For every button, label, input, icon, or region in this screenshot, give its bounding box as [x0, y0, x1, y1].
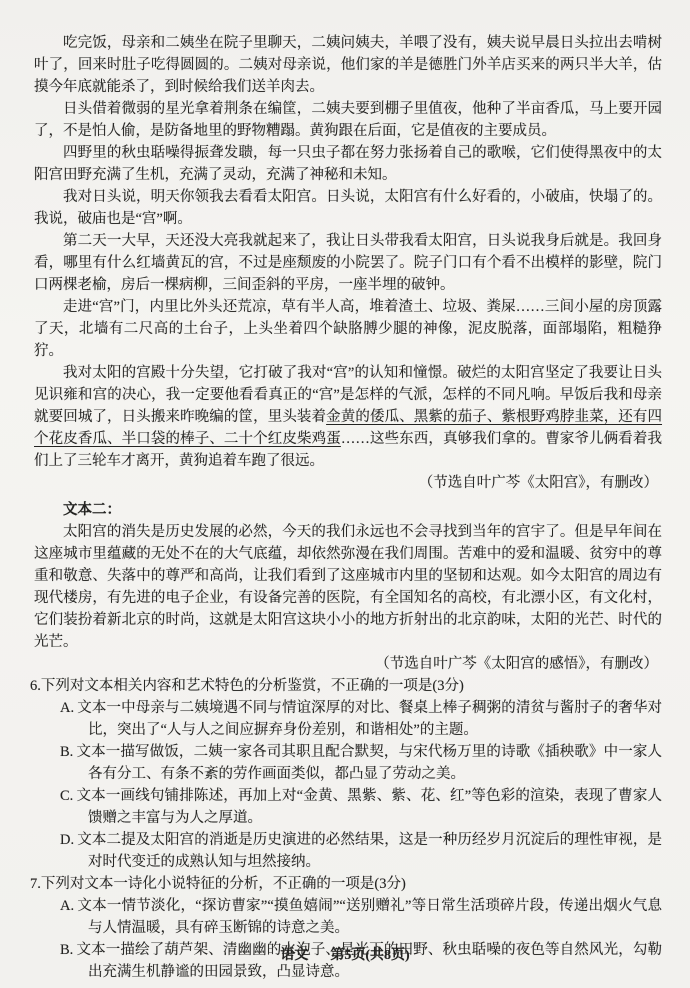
question-6-option-d: D.文本二提及太阳宫的消逝是历史演进的必然结果，这是一种历经岁月沉淀后的理性审视… [60, 829, 662, 873]
question-6-option-a: A.文本一中母亲与二姨境遇不同与情谊深厚的对比、餐桌上棒子稠粥的清贫与酱肘子的奢… [60, 697, 662, 741]
question-7-stem: 7.下列对文本一诗化小说特征的分析，不正确的一项是(3分) [30, 873, 662, 895]
page-content: 吃完饭，母亲和二姨坐在院子里聊天，二姨问姨夫，羊喂了没有，姨夫说早晨日头拉出去啃… [34, 32, 662, 983]
option-label: C. [60, 788, 76, 804]
passage-one-paragraph: 走进“宫”门，内里比外头还荒凉，草有半人高，堆着渣土、垃圾、粪屎……三间小屋的房… [34, 296, 662, 362]
option-text: 文本一中母亲与二姨境遇不同与情谊深厚的对比、餐桌上棒子稠粥的清贫与酱肘子的奢华对… [77, 700, 662, 738]
passage-one-paragraph: 日头借着微弱的星光拿着荆条在编筐，二姨夫要到棚子里值夜，他种了半亩香瓜，马上要开… [34, 98, 662, 142]
passage-one-paragraph: 四野里的秋虫聒噪得振聋发聩，每一只虫子都在努力张扬着自己的歌喉，它们使得黑夜中的… [34, 142, 662, 186]
footer-subject: 语文 [280, 948, 308, 963]
passage-two-source-attribution: （节选自叶广芩《太阳宫的感悟》，有删改） [34, 653, 662, 675]
question-6: 6.下列对文本相关内容和艺术特色的分析鉴赏，不正确的一项是(3分) A.文本一中… [34, 675, 662, 873]
exam-page: 吃完饭，母亲和二姨坐在院子里聊天，二姨问姨夫，羊喂了没有，姨夫说早晨日头拉出去啃… [0, 0, 690, 988]
question-6-option-c: C.文本一画线句铺排陈述，再加上对“金黄、黑紫、紫、花、红”等色彩的渲染，表现了… [60, 785, 662, 829]
passage-one-source-attribution: （节选自叶广芩《太阳宫》，有删改） [34, 472, 662, 494]
passage-two-label: 文本二： [34, 499, 662, 521]
question-number: 6. [30, 678, 41, 694]
footer-page-info: 第5页(共8页) [330, 948, 409, 963]
option-text: 文本二提及太阳宫的消逝是历史演进的必然结果，这是一种历经岁月沉淀后的理性审视，是… [77, 832, 662, 870]
option-text: 文本一画线句铺排陈述，再加上对“金黄、黑紫、紫、花、红”等色彩的渲染，表现了曹家… [76, 788, 662, 826]
option-label: A. [60, 700, 77, 716]
question-7: 7.下列对文本一诗化小说特征的分析，不正确的一项是(3分) A.文本一情节淡化，… [34, 873, 662, 983]
passage-one-paragraph: 我对日头说，明天你领我去看看太阳宫。日头说，太阳宫有什么好看的，小破庙，快塌了的… [34, 186, 662, 230]
passage-one-paragraph: 吃完饭，母亲和二姨坐在院子里聊天，二姨问姨夫，羊喂了没有，姨夫说早晨日头拉出去啃… [34, 32, 662, 98]
question-stem-text: 下列对文本一诗化小说特征的分析，不正确的一项是(3分) [41, 876, 406, 892]
option-text: 文本一情节淡化，“探访曹家”“摸鱼嬉闹”“送别赠礼”等日常生活琐碎片段，传递出烟… [77, 898, 662, 936]
passage-one-paragraph: 第二天一大早，天还没大亮我就起来了，我让日头带我看太阳宫，日头说我身后就是。我回… [34, 230, 662, 296]
passage-two-paragraph: 太阳宫的消失是历史发展的必然，今天的我们永远也不会寻找到当年的宫宇了。但是早年间… [34, 521, 662, 653]
question-7-option-a: A.文本一情节淡化，“探访曹家”“摸鱼嬉闹”“送别赠礼”等日常生活琐碎片段，传递… [60, 895, 662, 939]
question-stem-text: 下列对文本相关内容和艺术特色的分析鉴赏，不正确的一项是(3分) [41, 678, 464, 694]
option-label: B. [60, 744, 76, 760]
passage-one-gift-paragraph: 我对太阳的宫殿十分失望，它打破了我对“宫”的认知和憧憬。破烂的太阳宫坚定了我要让… [34, 362, 662, 472]
option-label: D. [60, 832, 77, 848]
question-6-option-b: B.文本一描写做饭，二姨一家各司其职且配合默契，与宋代杨万里的诗歌《插秧歌》中一… [60, 741, 662, 785]
question-6-stem: 6.下列对文本相关内容和艺术特色的分析鉴赏，不正确的一项是(3分) [30, 675, 662, 697]
page-footer: 语文第5页(共8页) [0, 944, 690, 964]
question-number: 7. [30, 876, 41, 892]
option-text: 文本一描写做饭，二姨一家各司其职且配合默契，与宋代杨万里的诗歌《插秧歌》中一家人… [76, 744, 662, 782]
option-label: A. [60, 898, 77, 914]
